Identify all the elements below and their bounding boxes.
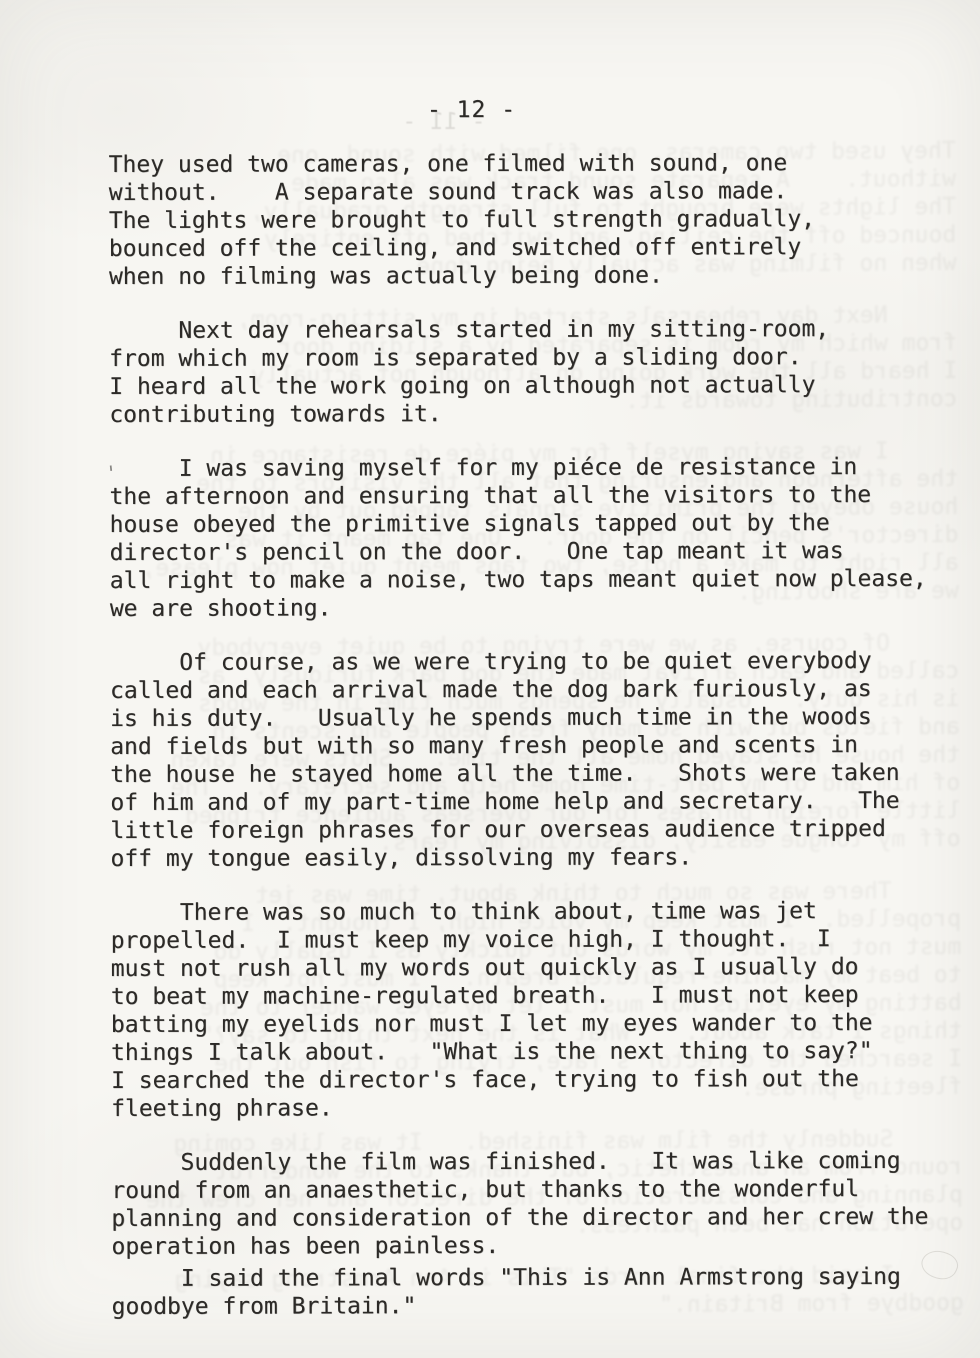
typescript-line: when no filming was actually being done. — [109, 261, 959, 291]
typescript-line: called and each arrival made the dog bar… — [110, 675, 960, 705]
typescript-line: They used two cameras, one filmed with s… — [109, 149, 959, 179]
typescript-line: must not rush all my words out quickly a… — [111, 953, 961, 983]
paragraph: There was so much to think about, time w… — [111, 897, 962, 1123]
typed-text-layer: - 12 - They used two cameras, one filmed… — [0, 0, 980, 1358]
typescript-line: to beat my machine-regulated breath. I m… — [111, 981, 961, 1011]
paragraph: I said the final words "This is Ann Arms… — [112, 1263, 962, 1321]
typescript-line: the afternoon and ensuring that all the … — [109, 481, 959, 511]
typescript-line: contributing towards it. — [109, 399, 959, 429]
paragraph: Of course, as we were trying to be quiet… — [110, 647, 961, 873]
typescript-line: house obeyed the primitive signals tappe… — [110, 509, 960, 539]
typescript-line: round from an anaesthetic, but thanks to… — [111, 1175, 961, 1205]
typescript-line: from which my room is separated by a sli… — [109, 343, 959, 373]
typescript-line: operation has been painless. — [111, 1231, 961, 1261]
typescript-line: I searched the director's face, trying t… — [111, 1065, 961, 1095]
typescript-line: propelled. I must keep my voice high, I … — [111, 925, 961, 955]
typescript-page: - 11 - They used two cameras, one filmed… — [0, 0, 980, 1358]
typescript-line: I heard all the work going on although n… — [109, 371, 959, 401]
page-number: - 12 - — [0, 95, 962, 126]
typescript-line: There was so much to think about, time w… — [111, 897, 961, 927]
paragraph: They used two cameras, one filmed with s… — [109, 149, 959, 291]
paragraph: Next day rehearsals started in my sittin… — [109, 315, 959, 429]
typescript-line: goodbye from Britain." — [112, 1291, 962, 1321]
typescript-line: fleeting phrase. — [111, 1093, 961, 1123]
typescript-line: Suddenly the film was finished. It was l… — [111, 1147, 961, 1177]
typescript-line: The lights were brought to full strength… — [109, 205, 959, 235]
typescript-line: planning and consideration of the direct… — [111, 1203, 961, 1233]
typescript-line: all right to make a noise, two taps mean… — [110, 565, 960, 595]
typescript-line: Next day rehearsals started in my sittin… — [109, 315, 959, 345]
typescript-line: little foreign phrases for our overseas … — [110, 815, 960, 845]
typescript-line: Of course, as we were trying to be quiet… — [110, 647, 960, 677]
typescript-line: off my tongue easily, dissolving my fear… — [110, 843, 960, 873]
typescript-line: things I talk about. "What is the next t… — [111, 1037, 961, 1067]
typescript-line: director's pencil on the door. One tap m… — [110, 537, 960, 567]
paragraph: I was saving myself for my piéce de resi… — [109, 453, 959, 623]
paragraph: Suddenly the film was finished. It was l… — [111, 1147, 961, 1261]
typescript-line: and fields but with so many fresh people… — [110, 731, 960, 761]
typescript-line: bounced off the ceiling, and switched of… — [109, 233, 959, 263]
typescript-line: without. A separate sound track was also… — [109, 177, 959, 207]
typescript-line: the house he stayed home all the time. S… — [110, 759, 960, 789]
page-body: They used two cameras, one filmed with s… — [109, 149, 962, 1347]
typescript-line: we are shooting. — [110, 593, 960, 623]
typescript-line: batting my eyelids nor must I let my eye… — [111, 1009, 961, 1039]
typescript-line: I was saving myself for my piéce de resi… — [109, 453, 959, 483]
typescript-line: of him and of my part-time home help and… — [110, 787, 960, 817]
typescript-line: I said the final words "This is Ann Arms… — [112, 1263, 962, 1293]
typescript-line: is his duty. Usually he spends much time… — [110, 703, 960, 733]
